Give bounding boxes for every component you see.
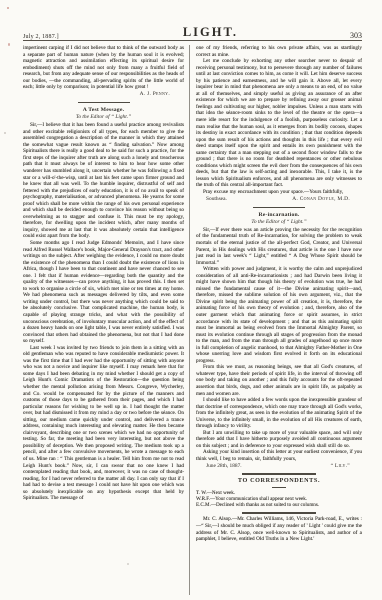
letter-date: June 28th, 1887. [206, 463, 242, 470]
paragraph: Sir,—If ever there was an article provin… [196, 227, 362, 266]
paragraph: I should like to have added a few words … [196, 397, 362, 430]
heading-ornament [272, 487, 286, 488]
paragraph: Some months ago I read Judge Edmonds' Me… [23, 240, 184, 345]
paragraph: But I am unwilling to take up more of yo… [196, 430, 362, 450]
doyle-signature: A. Conan Doyle, M.D. [292, 196, 350, 203]
penny-letter-end: impertinent carping if I did not believe… [23, 45, 184, 91]
masthead: July 2, 1887.] LIGHT. 303 [23, 25, 362, 40]
lily-signature: “ Lily.” [331, 463, 350, 470]
letter-salutation: To the Editor of “ Light.” [196, 219, 362, 226]
left-column: impertinent carping if I did not believe… [23, 45, 190, 595]
doyle-signature-line: Southsea. A. Conan Doyle, M.D. [196, 196, 362, 203]
lily-signature-line: June 28th, 1887. “ Lily.” [196, 463, 362, 470]
penny-signature-line: A. J. Penny. [23, 91, 184, 98]
section-separator [78, 102, 130, 103]
text-columns: impertinent carping if I did not believe… [23, 45, 362, 595]
letter-heading-test-message: A Test Message. [23, 107, 184, 114]
paragraph: From this we must, as reasoning beings, … [196, 364, 362, 397]
doyle-place: Southsea. [206, 196, 227, 203]
paragraph: Let me conclude by exhorting any other s… [196, 58, 362, 189]
correspondents-heading: TO CORRESPONDENTS. [196, 477, 362, 485]
scan-speck [4, 132, 6, 134]
penny-signature: A. J. Penny. [140, 91, 170, 98]
scan-speck [8, 43, 10, 46]
alsop-notice: Mr. C. Alsop.—Mr. Charles Williams, 146,… [196, 516, 362, 542]
journal-title: LIGHT. [183, 25, 238, 40]
letter-salutation: To the Editor of “ Light.” [23, 114, 184, 121]
paragraph: Last week I was invited by two friends t… [23, 345, 184, 502]
masthead-rule [23, 40, 362, 41]
letter-heading-reincarnation: Re-incarnation. [196, 212, 362, 219]
correspondent-reply: E.C.M.—Declined with thanks as not suite… [196, 502, 362, 508]
paragraph: Written with power and judgment, it is w… [196, 266, 362, 364]
journal-page-scan: July 2, 1887.] LIGHT. 303 impertinent ca… [0, 0, 382, 600]
paragraph: Sir,—I believe that it has been found a … [23, 122, 184, 240]
doyle-continuation: one of my friends, referring to his own … [196, 45, 362, 58]
paragraph: Asking your kind insertion of this lette… [196, 449, 362, 462]
double-rule [242, 512, 316, 515]
section-separator [253, 207, 305, 208]
double-rule [242, 473, 316, 476]
scan-speck [7, 7, 9, 9]
right-column: one of my friends, referring to his own … [190, 45, 362, 595]
page-number: 303 [350, 31, 362, 40]
